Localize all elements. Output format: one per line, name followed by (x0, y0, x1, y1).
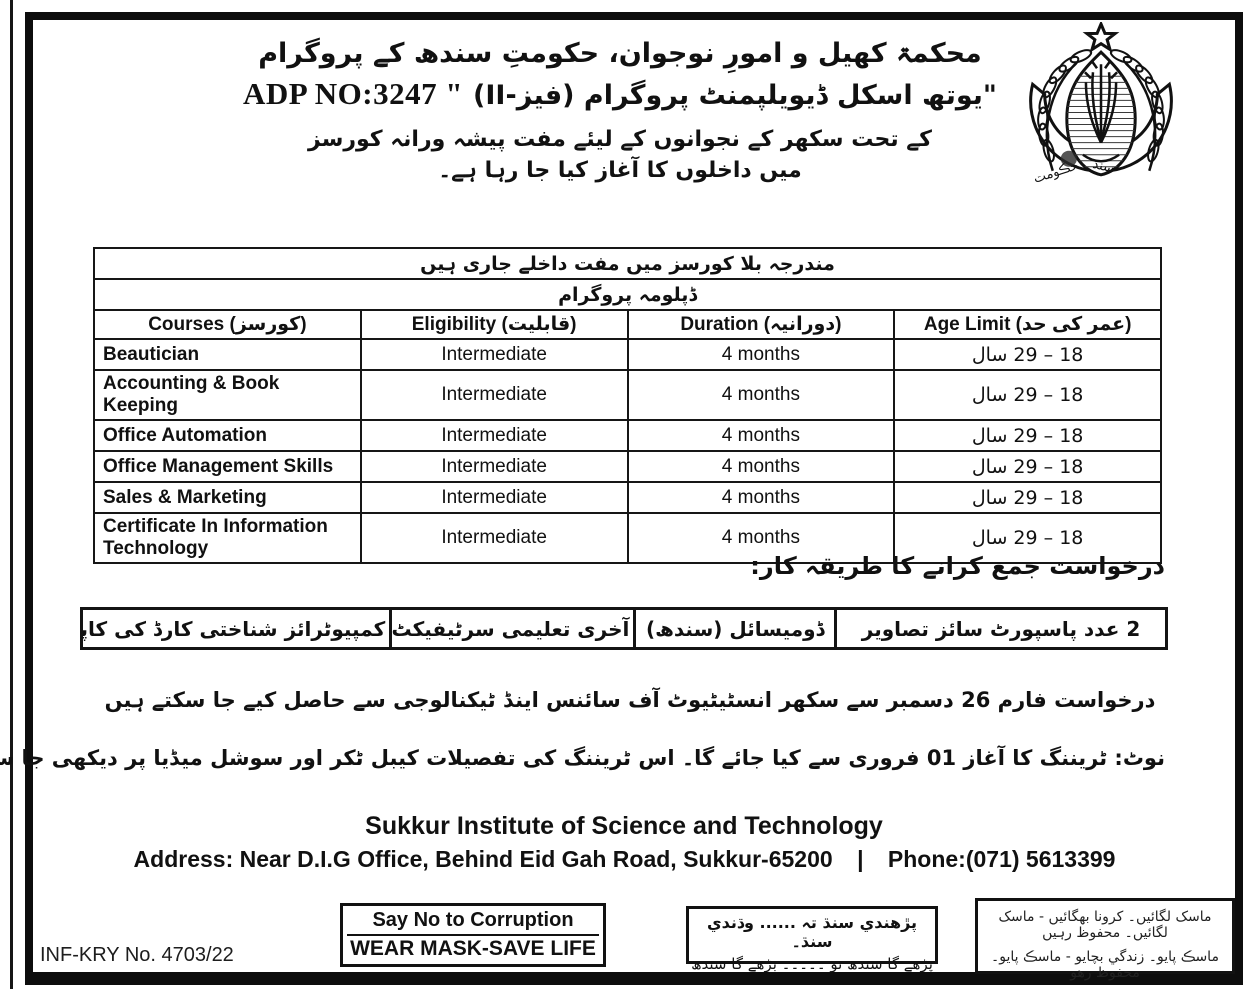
duration-value: 4 months (628, 370, 895, 420)
address-line: Address: Near D.I.G Office, Behind Eid G… (40, 846, 1209, 873)
duration-value: 4 months (628, 482, 895, 513)
course-name: Accounting & Book Keeping (94, 370, 361, 420)
eligibility-value: Intermediate (361, 513, 628, 563)
eligibility-value: Intermediate (361, 420, 628, 451)
application-method-heading: درخواست جمع کرانے کا طریقہ کار: (750, 552, 1165, 580)
sindhi-slogan-line2: پڑھے گا سندھ تو ۔۔۔۔۔ بڑھے گا سندھ (689, 955, 935, 973)
institute-name: Sukkur Institute of Science and Technolo… (124, 812, 1124, 841)
requirement-domicile: ڈومیسائل (سندھ) (635, 609, 836, 649)
table-row: Accounting & Book Keeping Intermediate 4… (94, 370, 1161, 420)
scanned-advertisement-page: محکمۃ کھیل و امورِ نوجوان، حکومتِ سندھ ک… (0, 0, 1249, 989)
mask-slogan-box: ماسک لگائیں۔ کرونا بھگائیں - ماسک لگائیں… (975, 898, 1235, 974)
corruption-slogan-line1: Say No to Corruption (347, 909, 599, 932)
address-text: Address: Near D.I.G Office, Behind Eid G… (134, 846, 833, 872)
duration-value: 4 months (628, 451, 895, 482)
sindhi-slogan-box: پڙهندي سنڌ تہ ...... وڌندي سنڌ۔ پڑھے گا … (686, 906, 938, 964)
course-name: Office Automation (94, 420, 361, 451)
training-start-note: نوٹ: ٹریننگ کا آغاز 01 فروری سے کیا جائے… (88, 746, 1165, 770)
requirements-row: 2 عدد پاسپورٹ سائز تصاویر ڈومیسائل (سندھ… (82, 609, 1167, 649)
header-block: محکمۃ کھیل و امورِ نوجوان، حکومتِ سندھ ک… (180, 36, 1060, 187)
eligibility-value: Intermediate (361, 482, 628, 513)
table-row: Sales & Marketing Intermediate 4 months … (94, 482, 1161, 513)
adp-number: ADP NO:3247 " (243, 76, 463, 112)
requirements-strip: 2 عدد پاسپورٹ سائز تصاویر ڈومیسائل (سندھ… (80, 607, 1168, 650)
address-phone-divider: | (857, 846, 863, 873)
course-name: Office Management Skills (94, 451, 361, 482)
col-header-age-limit: Age Limit (عمر کی حد) (894, 310, 1161, 339)
table-row: Office Automation Intermediate 4 months … (94, 420, 1161, 451)
page-edge-rule (10, 0, 13, 989)
age-limit-value: 18 – 29 سال (894, 370, 1161, 420)
crescent-calligraphy-left: حڪومت (1032, 158, 1080, 186)
requirement-photos: 2 عدد پاسپورٹ سائز تصاویر (836, 609, 1167, 649)
course-name: Sales & Marketing (94, 482, 361, 513)
course-name: Beautician (94, 339, 361, 370)
program-title-urdu: "یوتھ اسکل ڈیویلپمنٹ پروگرام (فیز-II) (473, 80, 997, 111)
age-limit-value: 18 – 29 سال (894, 482, 1161, 513)
eligibility-value: Intermediate (361, 370, 628, 420)
department-title: محکمۃ کھیل و امورِ نوجوان، حکومتِ سندھ ک… (180, 36, 1060, 72)
program-title-line: ADP NO:3247 " "یوتھ اسکل ڈیویلپمنٹ پروگر… (180, 76, 1060, 112)
requirement-cnic-copy: کمپیوٹرائز شناختی کارڈ کی کاپی (82, 609, 391, 649)
corruption-slogan-box: Say No to Corruption WEAR MASK-SAVE LIFE (340, 903, 606, 967)
sindh-government-emblem-icon: حڪومت سنڌ (1012, 22, 1184, 208)
table-row: Beautician Intermediate 4 months 18 – 29… (94, 339, 1161, 370)
duration-value: 4 months (628, 339, 895, 370)
courses-table: مندرجہ بلا کورسز میں مفت داخلے جاری ہیں … (93, 247, 1162, 564)
table-subtitle-row: ڈپلومہ پروگرام (94, 279, 1161, 310)
age-limit-value: 18 – 29 سال (894, 420, 1161, 451)
eligibility-value: Intermediate (361, 451, 628, 482)
advertisement-ref-no: INF-KRY No. 4703/22 (40, 944, 234, 967)
form-availability-note: درخواست فارم 26 دسمبر سے سکھر انسٹیٹیوٹ … (95, 688, 1165, 712)
col-header-courses: Courses (کورسز) (94, 310, 361, 339)
col-header-duration: Duration (دورانیہ) (628, 310, 895, 339)
duration-value: 4 months (628, 420, 895, 451)
phone-text: Phone:(071) 5613399 (888, 846, 1116, 872)
header-subline-1: کے تحت سکھر کے نجوانوں کے لیئے مفت پیشہ … (180, 124, 1060, 156)
star-icon (1087, 24, 1115, 49)
table-subtitle: ڈپلومہ پروگرام (94, 279, 1161, 310)
table-title: مندرجہ بلا کورسز میں مفت داخلے جاری ہیں (94, 248, 1161, 279)
age-limit-value: 18 – 29 سال (894, 339, 1161, 370)
table-row: Office Management Skills Intermediate 4 … (94, 451, 1161, 482)
mask-slogan-line2: ماسڪ پايو۔ زندگي بچايو - ماسڪ پايو۔ محفو… (978, 949, 1232, 981)
table-header-row: Courses (کورسز) Eligibility (قابلیت) Dur… (94, 310, 1161, 339)
table-title-row: مندرجہ بلا کورسز میں مفت داخلے جاری ہیں (94, 248, 1161, 279)
course-name: Certificate In Information Technology (94, 513, 361, 563)
eligibility-value: Intermediate (361, 339, 628, 370)
corruption-slogan-line2: WEAR MASK-SAVE LIFE (347, 934, 599, 961)
sindhi-slogan-line1: پڙهندي سنڌ تہ ...... وڌندي سنڌ۔ (689, 913, 935, 951)
header-subline-2: میں داخلوں کا آغاز کیا جا رہا ہے۔ (180, 156, 1060, 187)
requirement-certificate: آخری تعلیمی سرٹیفیکٹ (391, 609, 635, 649)
col-header-eligibility: Eligibility (قابلیت) (361, 310, 628, 339)
mask-slogan-line1: ماسک لگائیں۔ کرونا بھگائیں - ماسک لگائیں… (978, 909, 1232, 941)
age-limit-value: 18 – 29 سال (894, 451, 1161, 482)
